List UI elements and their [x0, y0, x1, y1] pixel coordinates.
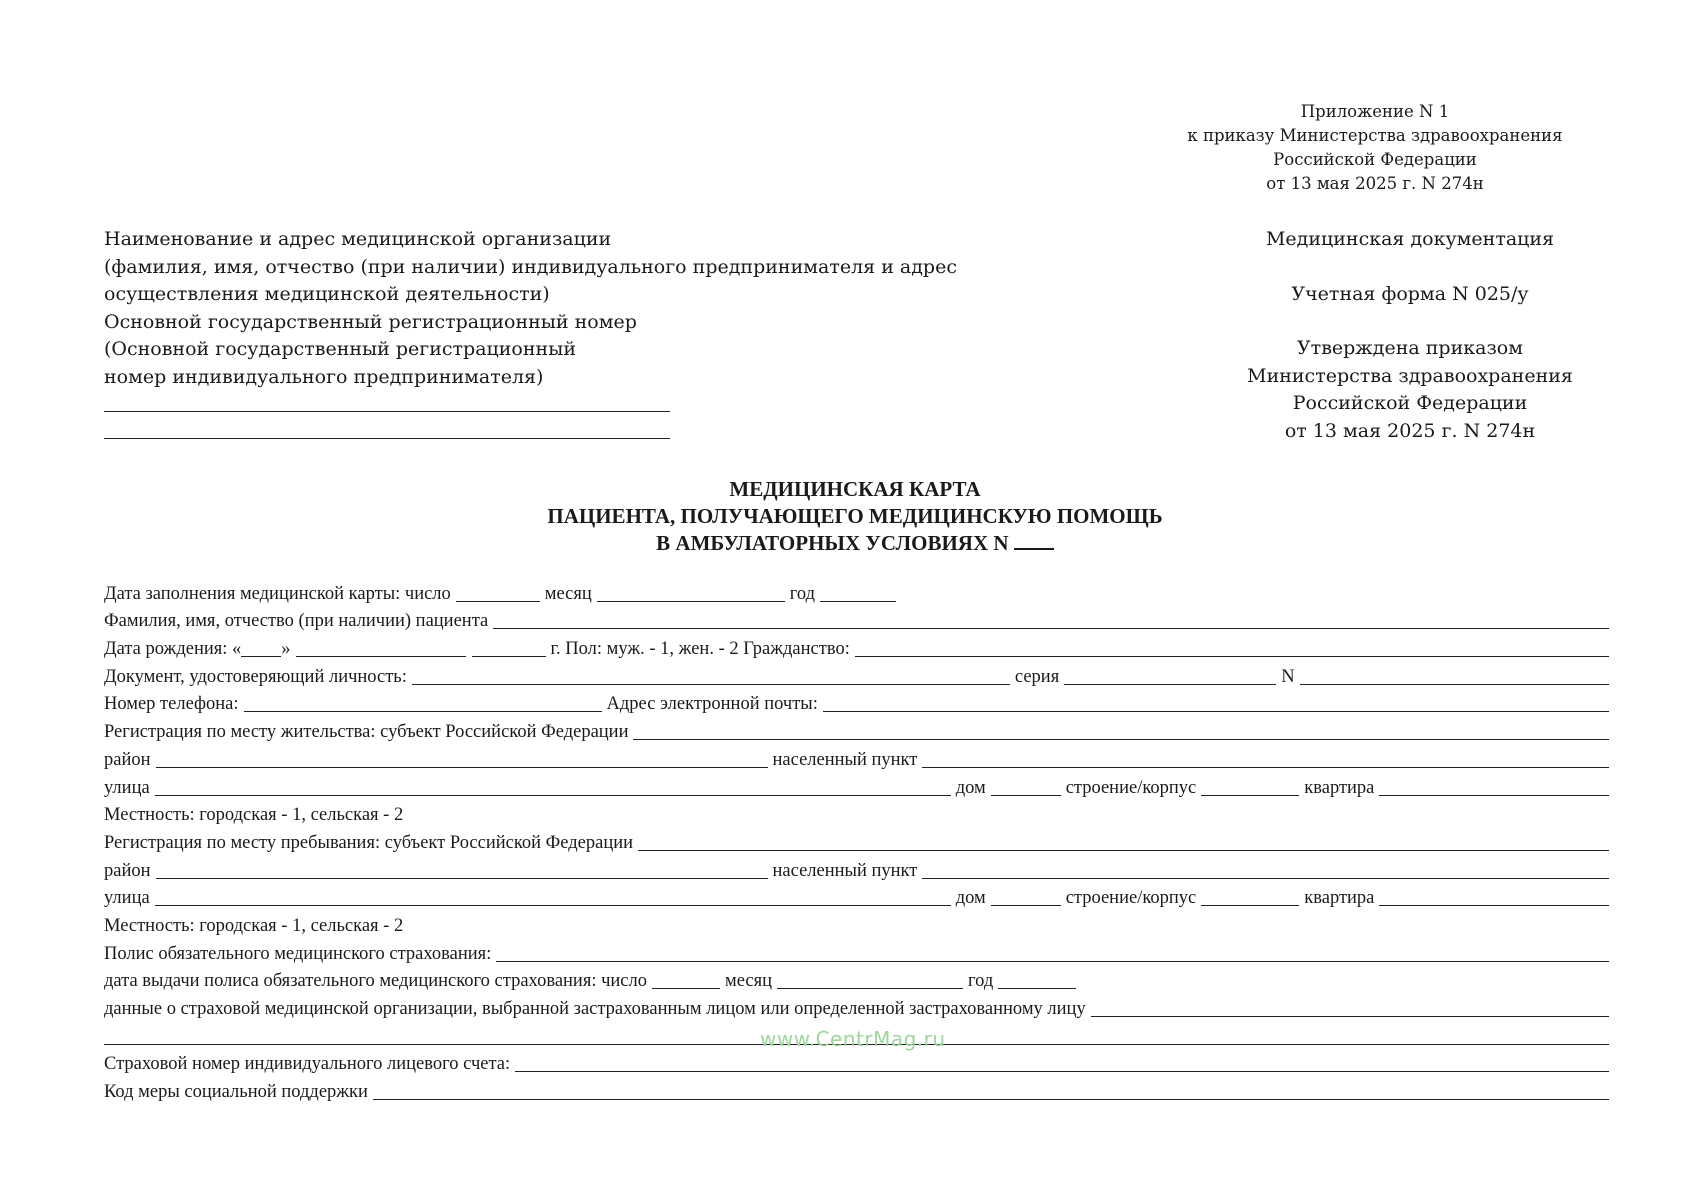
residence-apartment-label: квартира [1299, 776, 1379, 800]
stay-building-field[interactable] [1201, 885, 1299, 906]
org-line: осуществления медицинской деятельности) [104, 281, 957, 309]
birth-label: Дата рождения: « [104, 637, 241, 661]
stay-apartment-field[interactable] [1379, 885, 1609, 906]
annex-line: от 13 мая 2025 г. N 274н [1150, 172, 1600, 196]
stay-house-label: дом [951, 886, 991, 910]
form-row-stay-street: улица дом строение/корпус квартира [104, 883, 1609, 911]
snils-label: Страховой номер индивидуального лицевого… [104, 1052, 515, 1076]
title-line-2: ПАЦИЕНТА, ПОЛУЧАЮЩЕГО МЕДИЦИНСКУЮ ПОМОЩЬ [430, 503, 1280, 530]
approved-line: от 13 мая 2025 г. N 274н [1200, 418, 1620, 446]
stay-street-field[interactable] [155, 885, 951, 906]
residence-locality-label: Местность: городская - 1, сельская - 2 [104, 803, 408, 827]
fill-month-field[interactable] [597, 581, 785, 602]
citizenship-field[interactable] [855, 636, 1609, 657]
policy-field[interactable] [496, 941, 1609, 962]
org-line: (фамилия, имя, отчество (при наличии) ин… [104, 254, 957, 282]
patient-form: Дата заполнения медицинской карты: число… [104, 578, 1609, 1104]
annex-line: Приложение N 1 [1150, 100, 1600, 124]
policy-label: Полис обязательного медицинского страхов… [104, 942, 496, 966]
policy-issue-year-field[interactable] [998, 968, 1076, 989]
birth-year-field[interactable] [472, 636, 546, 657]
form-row-stay-subject: Регистрация по месту пребывания: субъект… [104, 827, 1609, 855]
document-page: Приложение N 1 к приказу Министерства зд… [0, 0, 1702, 1200]
stay-apartment-label: квартира [1299, 886, 1379, 910]
fill-date-label: Дата заполнения медицинской карты: число [104, 582, 456, 606]
title-line-3-text: В АМБУЛАТОРНЫХ УСЛОВИЯХ N [656, 531, 1008, 555]
form-row-policy: Полис обязательного медицинского страхов… [104, 938, 1609, 966]
fill-year-label: год [785, 582, 820, 606]
social-support-label: Код меры социальной поддержки [104, 1080, 373, 1104]
form-row-residence-street: улица дом строение/корпус квартира [104, 772, 1609, 800]
stay-district-label: район [104, 859, 156, 883]
full-name-field[interactable] [493, 608, 1609, 629]
birth-close-quote: » [281, 637, 295, 661]
form-row-policy-issue-date: дата выдачи полиса обязательного медицин… [104, 966, 1609, 994]
id-series-field[interactable] [1064, 664, 1276, 685]
policy-issue-year-label: год [963, 969, 998, 993]
approved-line: Утверждена приказом [1200, 335, 1620, 363]
phone-label: Номер телефона: [104, 692, 244, 716]
insurer-field[interactable] [1091, 996, 1609, 1017]
birth-month-field[interactable] [296, 636, 466, 657]
org-line: (Основной государственный регистрационны… [104, 336, 957, 364]
form-row-fill-date: Дата заполнения медицинской карты: число… [104, 578, 1609, 606]
id-series-label: серия [1010, 665, 1064, 689]
title-line-3: В АМБУЛАТОРНЫХ УСЛОВИЯХ N [430, 530, 1280, 557]
fill-month-label: месяц [540, 582, 597, 606]
policy-issue-date-label: дата выдачи полиса обязательного медицин… [104, 969, 652, 993]
residence-house-field[interactable] [991, 775, 1061, 796]
medical-documentation-block: Медицинская документация Учетная форма N… [1200, 226, 1620, 445]
residence-subject-field[interactable] [633, 719, 1609, 740]
approved-line: Министерства здравоохранения [1200, 363, 1620, 391]
residence-building-field[interactable] [1201, 775, 1299, 796]
residence-street-label: улица [104, 776, 155, 800]
residence-street-field[interactable] [155, 775, 951, 796]
approval-annex-block: Приложение N 1 к приказу Министерства зд… [1150, 100, 1600, 196]
phone-field[interactable] [244, 691, 602, 712]
stay-house-field[interactable] [991, 885, 1061, 906]
watermark-text: www.CentrMag.ru [760, 1027, 946, 1051]
fill-year-field[interactable] [820, 581, 896, 602]
form-row-contacts: Номер телефона: Адрес электронной почты: [104, 689, 1609, 717]
residence-district-field[interactable] [156, 747, 768, 768]
stay-subject-field[interactable] [638, 830, 1609, 851]
residence-settlement-label: населенный пункт [768, 748, 923, 772]
form-row-id-document: Документ, удостоверяющий личность: серия… [104, 661, 1609, 689]
form-row-social-support: Код меры социальной поддержки [104, 1076, 1609, 1104]
snils-field[interactable] [515, 1051, 1609, 1072]
residence-building-label: строение/корпус [1061, 776, 1202, 800]
form-row-stay-locality: Местность: городская - 1, сельская - 2 [104, 910, 1609, 938]
id-doc-field[interactable] [412, 664, 1010, 685]
residence-settlement-field[interactable] [922, 747, 1609, 768]
org-line: Наименование и адрес медицинской организ… [104, 226, 957, 254]
id-number-field[interactable] [1300, 664, 1609, 685]
residence-district-label: район [104, 748, 156, 772]
form-number: Учетная форма N 025/у [1200, 281, 1620, 309]
org-blank-field-1[interactable] [104, 391, 670, 412]
id-number-label: N [1276, 665, 1299, 689]
stay-locality-label: Местность: городская - 1, сельская - 2 [104, 914, 408, 938]
stay-district-field[interactable] [156, 858, 768, 879]
insurer-label: данные о страховой медицинской организац… [104, 997, 1091, 1021]
title-line-1: МЕДИЦИНСКАЯ КАРТА [430, 476, 1280, 503]
document-title: МЕДИЦИНСКАЯ КАРТА ПАЦИЕНТА, ПОЛУЧАЮЩЕГО … [430, 476, 1280, 557]
meddoc-label: Медицинская документация [1200, 226, 1620, 254]
stay-street-label: улица [104, 886, 155, 910]
annex-line: Российской Федерации [1150, 148, 1600, 172]
social-support-field[interactable] [373, 1079, 1609, 1100]
card-number-field[interactable] [1014, 530, 1054, 550]
sex-citizenship-label: г. Пол: муж. - 1, жен. - 2 Гражданство: [546, 637, 855, 661]
annex-line: к приказу Министерства здравоохранения [1150, 124, 1600, 148]
birth-day-field[interactable] [241, 636, 281, 657]
form-row-birth: Дата рождения: « » г. Пол: муж. - 1, жен… [104, 633, 1609, 661]
approved-line: Российской Федерации [1200, 390, 1620, 418]
fill-day-field[interactable] [456, 581, 540, 602]
form-row-residence-locality: Местность: городская - 1, сельская - 2 [104, 800, 1609, 828]
residence-house-label: дом [951, 776, 991, 800]
residence-subject-label: Регистрация по месту жительства: субъект… [104, 720, 633, 744]
stay-settlement-label: населенный пункт [768, 859, 923, 883]
org-line: номер индивидуального предпринимателя) [104, 364, 957, 392]
email-label: Адрес электронной почты: [602, 692, 823, 716]
org-line: Основной государственный регистрационный… [104, 309, 957, 337]
stay-building-label: строение/корпус [1061, 886, 1202, 910]
form-row-residence-district: район населенный пункт [104, 744, 1609, 772]
form-row-residence-subject: Регистрация по месту жительства: субъект… [104, 716, 1609, 744]
organization-block: Наименование и адрес медицинской организ… [104, 226, 957, 445]
policy-issue-day-field[interactable] [652, 968, 720, 989]
stay-subject-label: Регистрация по месту пребывания: субъект… [104, 831, 638, 855]
policy-issue-month-field[interactable] [777, 968, 963, 989]
form-row-stay-district: район населенный пункт [104, 855, 1609, 883]
residence-apartment-field[interactable] [1379, 775, 1609, 796]
org-blank-field-2[interactable] [104, 418, 670, 439]
form-row-snils: Страховой номер индивидуального лицевого… [104, 1049, 1609, 1077]
id-doc-label: Документ, удостоверяющий личность: [104, 665, 412, 689]
form-row-insurer: данные о страховой медицинской организац… [104, 993, 1609, 1021]
policy-issue-month-label: месяц [720, 969, 777, 993]
form-row-full-name: Фамилия, имя, отчество (при наличии) пац… [104, 606, 1609, 634]
email-field[interactable] [823, 691, 1609, 712]
full-name-label: Фамилия, имя, отчество (при наличии) пац… [104, 609, 493, 633]
stay-settlement-field[interactable] [922, 858, 1609, 879]
